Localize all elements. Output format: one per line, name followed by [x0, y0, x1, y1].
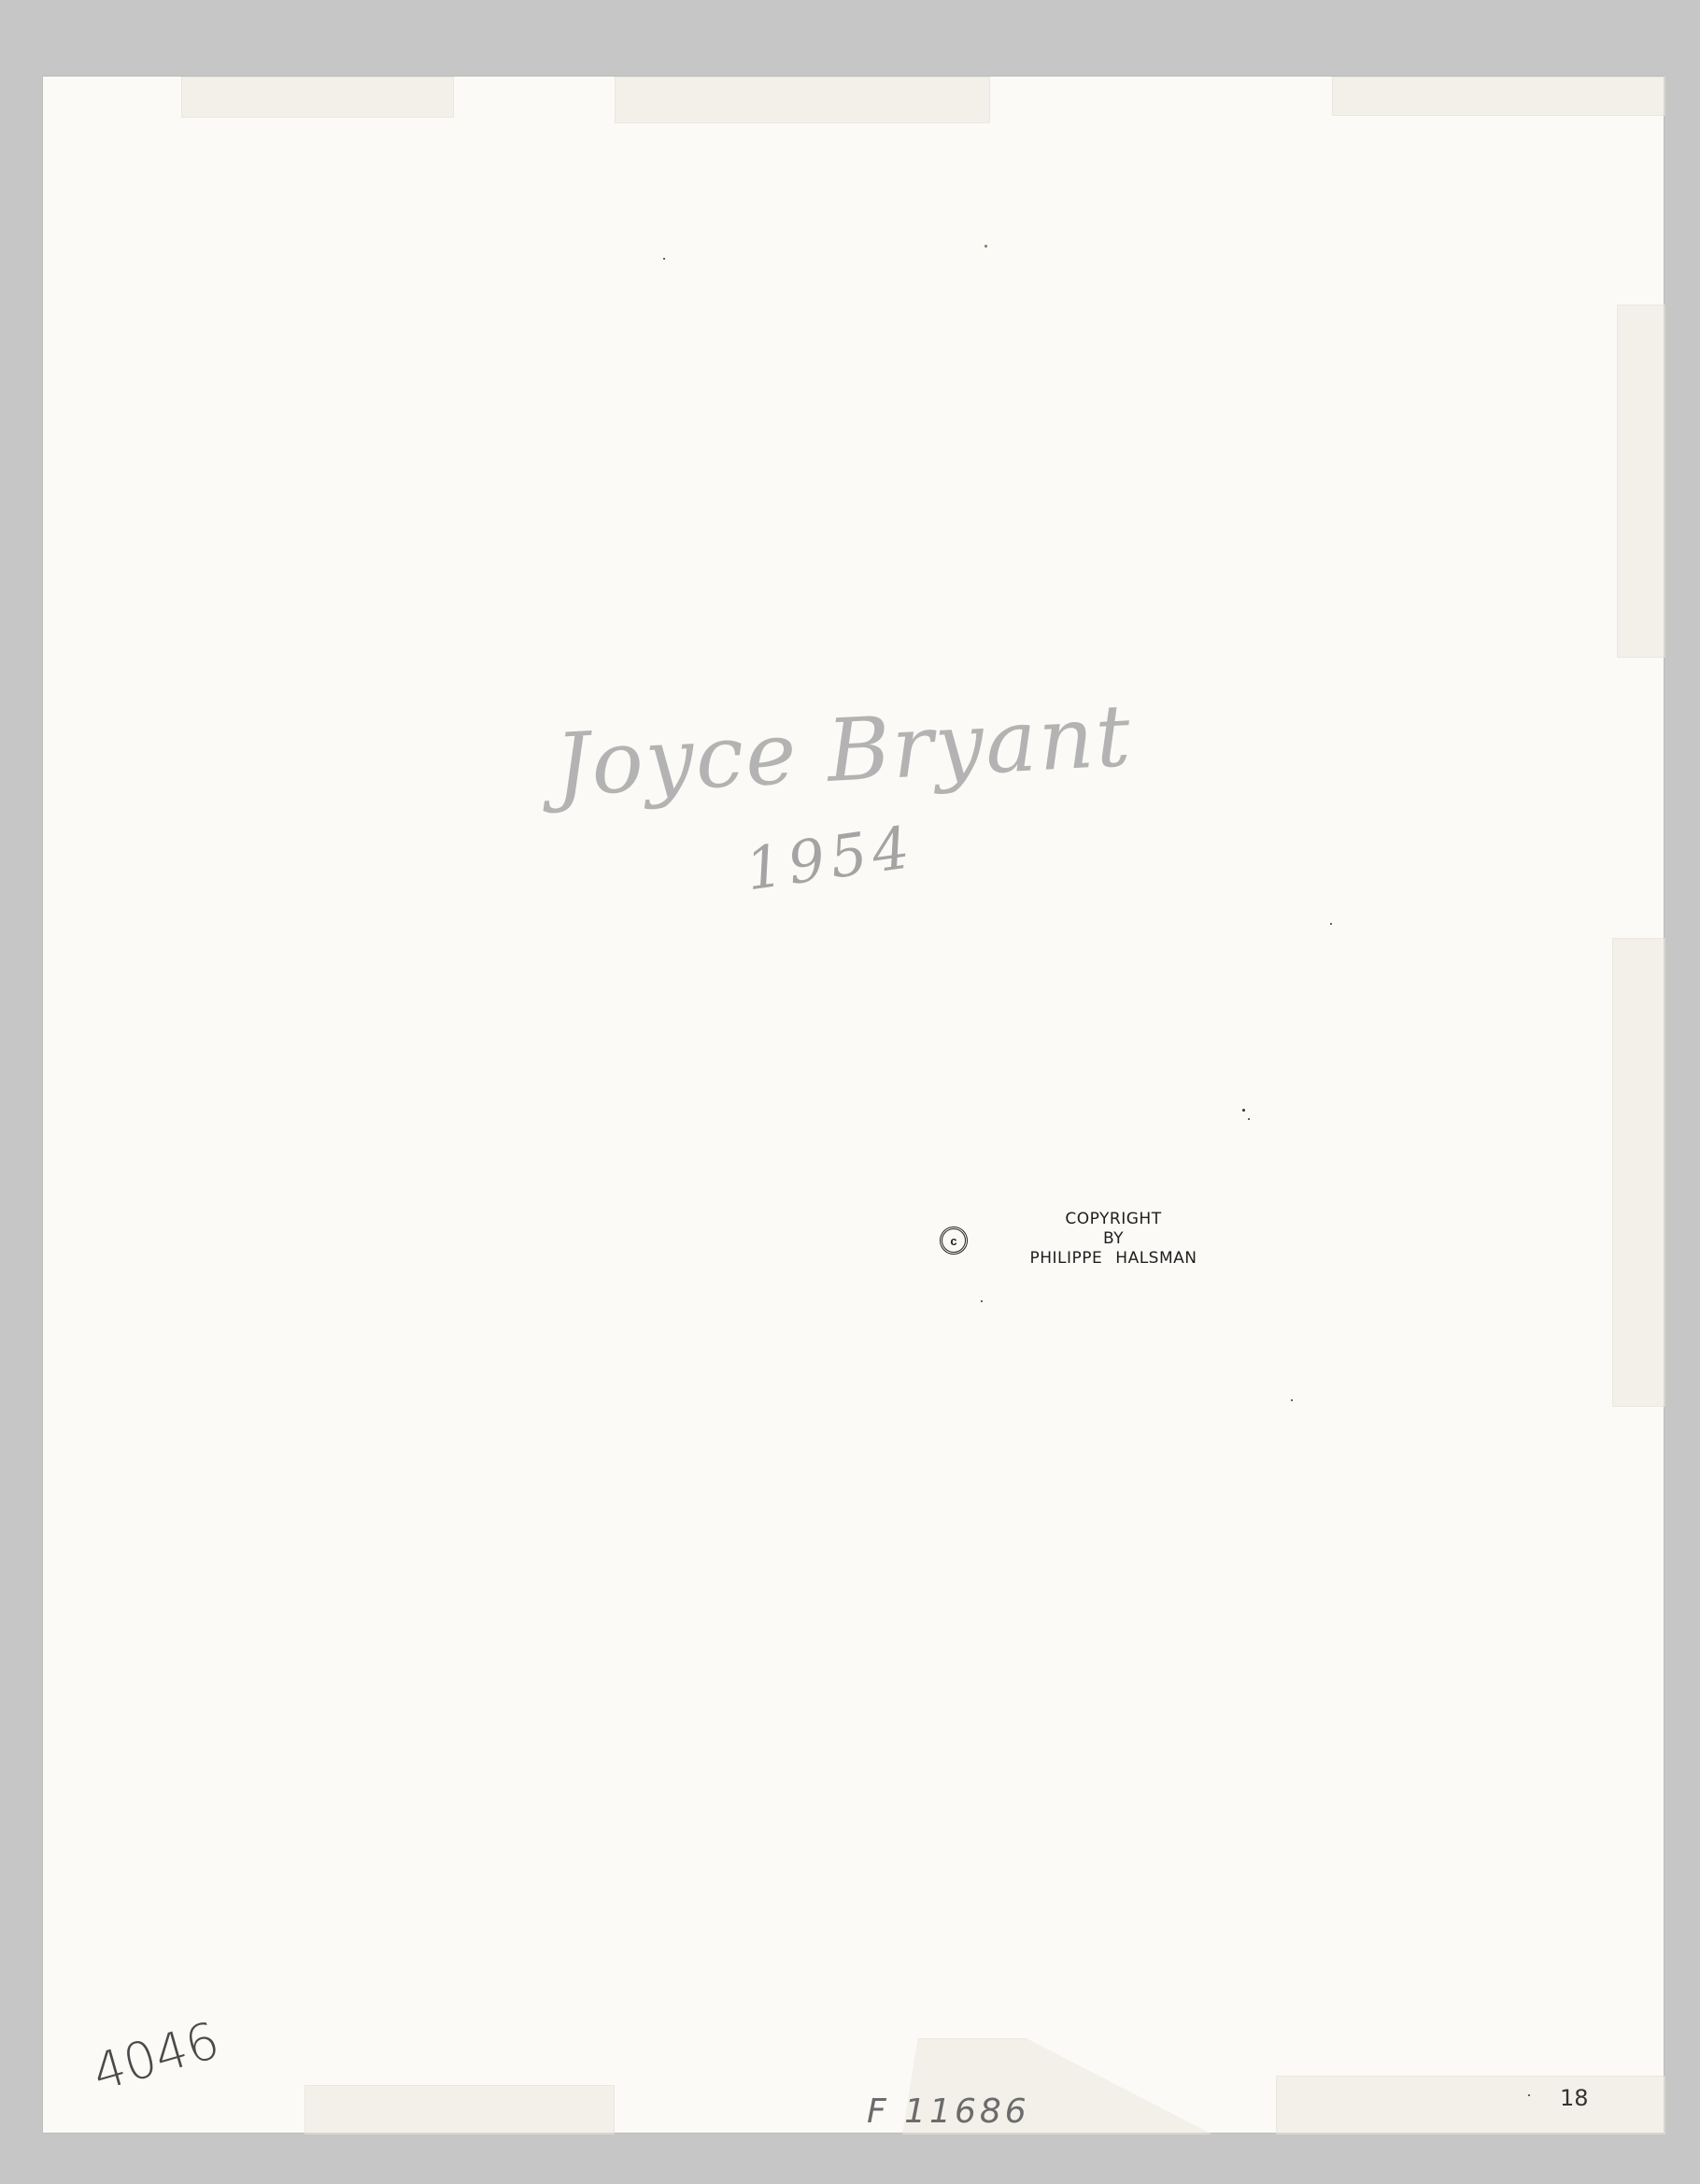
dust-speck [1528, 2094, 1530, 2096]
copyright-line-2: BY [1011, 1229, 1216, 1249]
copyright-stamp: c COPYRIGHT BY PHILIPPEHALSMAN [927, 1202, 1244, 1286]
photo-verso-paper: Joyce Bryant 1954 c COPYRIGHT BY PHILIPP… [43, 77, 1664, 2133]
handwritten-name: Joyce Bryant [553, 686, 1135, 815]
tape-mark-top-right [1332, 77, 1665, 116]
dust-speck [1242, 1109, 1245, 1112]
copyright-line-3: PHILIPPEHALSMAN [1011, 1249, 1216, 1269]
copyright-circle-icon: c [940, 1227, 968, 1255]
dust-speck [1330, 923, 1332, 925]
tape-mark-right-upper [1617, 305, 1665, 658]
tape-mark-right-middle [1612, 938, 1665, 1407]
inventory-number-bottom-left: 4046 [86, 2010, 225, 2102]
tape-mark-top-center [615, 77, 990, 123]
copyright-stamp-text: COPYRIGHT BY PHILIPPEHALSMAN [1011, 1210, 1216, 1269]
tape-mark-top-left [181, 77, 454, 118]
page-number-bottom-right: 18 [1560, 2085, 1589, 2111]
dust-speck [981, 1300, 983, 1302]
file-number-bottom-center: F 11686 [867, 2092, 1030, 2131]
handwritten-year: 1954 [742, 813, 919, 904]
dust-speck [1248, 1118, 1250, 1120]
dust-speck [663, 258, 665, 260]
copyright-line-1: COPYRIGHT [1011, 1210, 1216, 1229]
dust-speck [985, 245, 987, 248]
photographer-first-name: PHILIPPE [1030, 1249, 1103, 1268]
copyright-symbol: c [950, 1234, 956, 1248]
tape-mark-bottom-left [305, 2085, 615, 2134]
dust-speck [1291, 1399, 1293, 1401]
tape-mark-bottom-right [1276, 2076, 1665, 2134]
photographer-last-name: HALSMAN [1115, 1249, 1197, 1268]
